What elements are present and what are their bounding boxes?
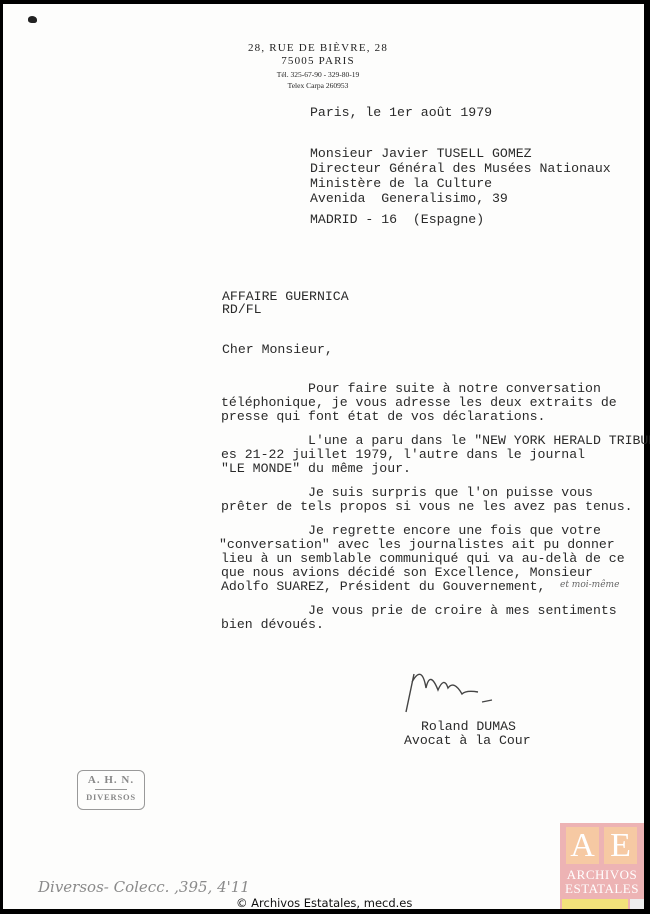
handwritten-addition: et moi-même (560, 580, 619, 590)
letterhead-telex: Telex Carpa 260953 (218, 81, 418, 90)
body-p1-line3: presse qui font état de vos déclarations… (221, 409, 545, 425)
body-p2-line3: "LE MONDE" du même jour. (221, 461, 411, 477)
signatory-title: Avocat à la Cour (404, 733, 531, 749)
letterhead-telephone: Tél. 325-67-90 - 329-80-19 (218, 70, 418, 79)
letterhead-address-line1: 28, RUE DE BIÈVRE, 28 (218, 42, 418, 54)
salutation: Cher Monsieur, (222, 342, 333, 358)
recipient-city: MADRID - 16 (Espagne) (310, 212, 484, 228)
recipient-street: Avenida Generalisimo, 39 (310, 191, 508, 207)
stamp-bottom-text: DIVERSOS (78, 792, 144, 802)
stamp-top-text: A. H. N. (78, 774, 144, 786)
ink-mark (28, 16, 37, 23)
recipient-ministry: Ministère de la Culture (310, 176, 492, 192)
signature-scribble (392, 660, 502, 720)
logo-letter-a: A (566, 827, 599, 864)
logo-ministry-strip (562, 899, 628, 909)
archivos-estatales-logo: A E ARCHIVOS ESTATALES (560, 823, 644, 909)
recipient-name: Monsieur Javier TUSELL GOMEZ (310, 146, 532, 162)
copyright-notice: © Archivos Estatales, mecd.es (236, 896, 412, 910)
recipient-title: Directeur Général des Musées Nationaux (310, 161, 611, 177)
date-line: Paris, le 1er août 1979 (310, 105, 492, 121)
logo-line2: ESTATALES (560, 881, 644, 897)
logo-strip-end (630, 899, 644, 909)
body-p3-line2: prêter de tels propos si vous ne les ave… (221, 499, 633, 515)
stamp-divider (95, 789, 127, 790)
archive-stamp: A. H. N. DIVERSOS (77, 770, 145, 810)
body-p4-line5: Adolfo SUAREZ, Président du Gouvernement… (221, 579, 545, 595)
reference-initials: RD/FL (222, 302, 262, 318)
body-p5-line2: bien dévoués. (221, 617, 324, 633)
handwritten-reference: Diversos- Colecc. ,395, 4'11 (38, 878, 250, 896)
logo-letter-e: E (604, 827, 637, 864)
letterhead-address-line2: 75005 PARIS (218, 55, 418, 67)
